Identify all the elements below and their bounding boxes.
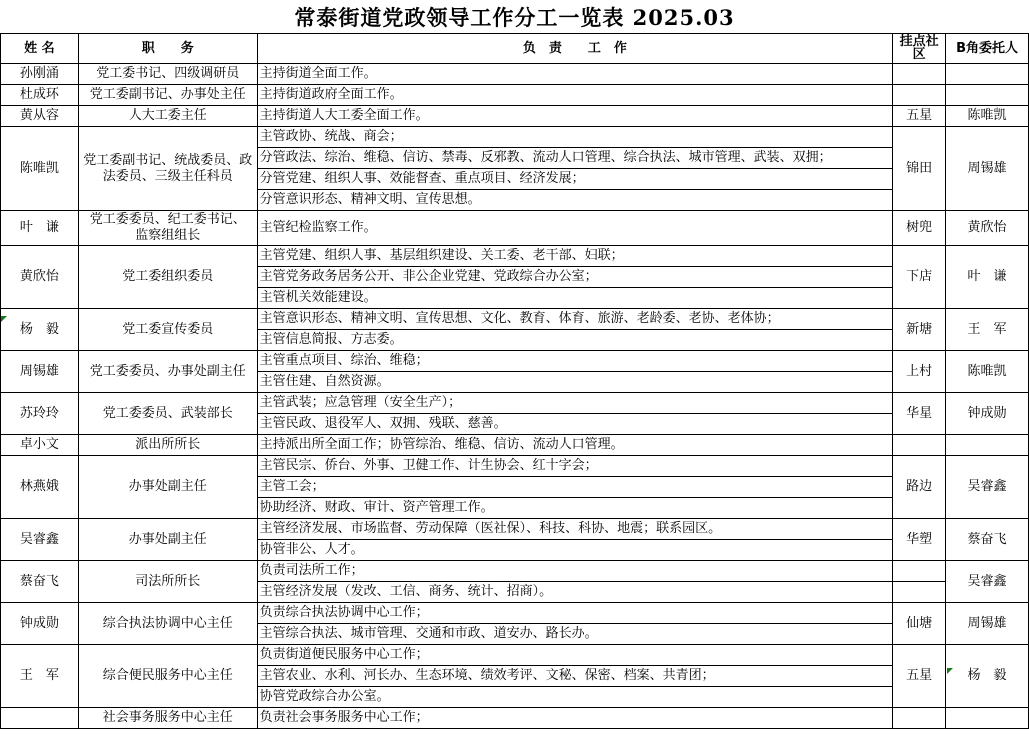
cell-b-role[interactable]: 吴睿鑫 — [946, 561, 1029, 603]
cell-community[interactable]: 下店 — [893, 246, 946, 309]
table-row: 黄欣怡 党工委组织委员 主管党建、组织人事、基层组织建设、关工委、老干部、妇联；… — [1, 246, 1029, 267]
cell-name[interactable]: 吴睿鑫 — [1, 519, 79, 561]
page-title: 常泰街道党政领导工作分工一览表 2025.03 — [0, 0, 1029, 34]
cell-b-role[interactable] — [946, 64, 1029, 85]
cell-duty[interactable]: 党工委委员、纪工委书记、监察组组长 — [78, 211, 257, 246]
cell-work[interactable]: 协管党政综合办公室。 — [257, 687, 893, 708]
cell-b-role[interactable]: 钟成勋 — [946, 393, 1029, 435]
cell-name[interactable]: 王 军 — [1, 645, 79, 708]
cell-work[interactable]: 主管机关效能建设。 — [257, 288, 893, 309]
cell-name[interactable]: 林燕娥 — [1, 456, 79, 519]
cell-work[interactable]: 负责街道便民服务中心工作； — [257, 645, 893, 666]
cell-name[interactable]: 叶 谦 — [1, 211, 79, 246]
cell-community-empty[interactable] — [893, 582, 946, 603]
table-row: 苏玲玲 党工委委员、武装部长 主管武装；应急管理（安全生产）； 华星 钟成勋 — [1, 393, 1029, 414]
cell-community[interactable]: 树兜 — [893, 211, 946, 246]
table-row: 林燕娥 办事处副主任 主管民宗、侨台、外事、卫健工作、计生协会、红十字会； 路边… — [1, 456, 1029, 477]
cell-b-role[interactable] — [946, 435, 1029, 456]
cell-name[interactable]: 孙刚涌 — [1, 64, 79, 85]
cell-name[interactable]: 杨 毅 — [1, 309, 79, 351]
cell-work[interactable]: 主持街道政府全面工作。 — [257, 85, 893, 106]
cell-b-role[interactable]: 陈唯凯 — [946, 106, 1029, 127]
cell-duty[interactable]: 派出所所长 — [78, 435, 257, 456]
cell-duty[interactable]: 综合执法协调中心主任 — [78, 603, 257, 645]
cell-community[interactable] — [893, 64, 946, 85]
cell-b-role[interactable] — [946, 85, 1029, 106]
cell-duty[interactable]: 办事处副主任 — [78, 456, 257, 519]
cell-b-role[interactable]: 周锡雄 — [946, 127, 1029, 211]
cell-work[interactable]: 分管党建、组织人事、效能督查、重点项目、经济发展； — [257, 169, 893, 190]
table-row: 陈唯凯 党工委副书记、统战委员、政法委员、三级主任科员 主管政协、统战、商会； … — [1, 127, 1029, 148]
header-work: 负 责 工 作 — [257, 34, 893, 64]
cell-duty[interactable]: 人大工委主任 — [78, 106, 257, 127]
cell-community[interactable]: 新塘 — [893, 309, 946, 351]
cell-community[interactable]: 仙塘 — [893, 603, 946, 645]
table-row: 杨 毅 党工委宣传委员 主管意识形态、精神文明、宣传思想、文化、教育、体育、旅游… — [1, 309, 1029, 330]
cell-work[interactable]: 主管纪检监察工作。 — [257, 211, 893, 246]
cell-work[interactable]: 主管政协、统战、商会； — [257, 127, 893, 148]
cell-name[interactable]: 杜成环 — [1, 85, 79, 106]
cell-duty[interactable]: 党工委委员、办事处副主任 — [78, 351, 257, 393]
table-row: 叶 谦 党工委委员、纪工委书记、监察组组长 主管纪检监察工作。 树兜 黄欣怡 — [1, 211, 1029, 246]
cell-work[interactable]: 主持街道全面工作。 — [257, 64, 893, 85]
cell-work[interactable]: 主管综合执法、城市管理、交通和市政、道安办、路长办。 — [257, 624, 893, 645]
cell-duty[interactable]: 党工委书记、四级调研员 — [78, 64, 257, 85]
cell-community[interactable]: 五星 — [893, 645, 946, 708]
cell-duty[interactable]: 党工委组织委员 — [78, 246, 257, 309]
cell-duty[interactable]: 党工委宣传委员 — [78, 309, 257, 351]
cell-duty[interactable]: 办事处副主任 — [78, 519, 257, 561]
cell-work[interactable]: 分管政法、综治、维稳、信访、禁毒、反邪教、流动人口管理、综合执法、城市管理、武装… — [257, 148, 893, 169]
cell-work[interactable]: 主管农业、水利、河长办、生态环境、绩效考评、文秘、保密、档案、共青团； — [257, 666, 893, 687]
header-name: 姓 名 — [1, 34, 79, 64]
cell-work[interactable]: 协助经济、财政、审计、资产管理工作。 — [257, 498, 893, 519]
table-row: 蔡奋飞 司法所所长 负责司法所工作； 吴睿鑫 — [1, 561, 1029, 582]
cell-b-role[interactable]: 蔡奋飞 — [946, 519, 1029, 561]
work-division-table: 姓 名 职 务 负 责 工 作 挂点社区 B角委托人 孙刚涌 党工委书记、四级调… — [0, 33, 1029, 729]
cell-work[interactable]: 主管重点项目、综治、维稳； — [257, 351, 893, 372]
cell-community[interactable]: 五星 — [893, 106, 946, 127]
cell-name[interactable]: 黄从容 — [1, 106, 79, 127]
table-row: 社会事务服务中心主任 负责社会事务服务中心工作； — [1, 708, 1029, 729]
cell-name[interactable]: 黄欣怡 — [1, 246, 79, 309]
cell-work[interactable]: 主管信息简报、方志委。 — [257, 330, 893, 351]
comment-indicator-icon[interactable] — [947, 668, 953, 674]
cell-b-role[interactable]: 杨 毅 — [946, 645, 1029, 708]
header-community: 挂点社区 — [893, 34, 946, 64]
cell-work[interactable]: 主管民宗、侨台、外事、卫健工作、计生协会、红十字会； — [257, 456, 893, 477]
cell-b-role[interactable]: 周锡雄 — [946, 603, 1029, 645]
cell-community[interactable]: 华塑 — [893, 519, 946, 561]
cell-work[interactable]: 主管工会； — [257, 477, 893, 498]
cell-work[interactable]: 主持街道人大工委全面工作。 — [257, 106, 893, 127]
header-duty: 职 务 — [78, 34, 257, 64]
cell-name[interactable]: 陈唯凯 — [1, 127, 79, 211]
table-row: 吴睿鑫 办事处副主任 主管经济发展、市场监督、劳动保障（医社保）、科技、科协、地… — [1, 519, 1029, 540]
cell-community[interactable]: 路边 — [893, 456, 946, 519]
cell-name[interactable]: 苏玲玲 — [1, 393, 79, 435]
table-row: 卓小文 派出所所长 主持派出所全面工作；协管综治、维稳、信访、流动人口管理。 — [1, 435, 1029, 456]
cell-work[interactable]: 主管经济发展（发改、工信、商务、统计、招商）。 — [257, 582, 893, 603]
cell-duty[interactable]: 党工委副书记、统战委员、政法委员、三级主任科员 — [78, 127, 257, 211]
cell-work[interactable]: 协管非公、人才。 — [257, 540, 893, 561]
table-row: 钟成勋 综合执法协调中心主任 负责综合执法协调中心工作； 仙塘 周锡雄 — [1, 603, 1029, 624]
cell-duty[interactable]: 党工委委员、武装部长 — [78, 393, 257, 435]
comment-indicator-icon[interactable] — [1, 316, 7, 322]
cell-duty[interactable]: 司法所所长 — [78, 561, 257, 603]
cell-community[interactable] — [893, 435, 946, 456]
cell-work[interactable]: 主管经济发展、市场监督、劳动保障（医社保）、科技、科协、地震；联系园区。 — [257, 519, 893, 540]
table-row: 杜成环 党工委副书记、办事处主任 主持街道政府全面工作。 — [1, 85, 1029, 106]
cell-community[interactable]: 华星 — [893, 393, 946, 435]
cell-work[interactable]: 负责司法所工作； — [257, 561, 893, 582]
cell-work[interactable]: 负责社会事务服务中心工作； — [257, 708, 893, 729]
table-row: 周锡雄 党工委委员、办事处副主任 主管重点项目、综治、维稳； 上村 陈唯凯 — [1, 351, 1029, 372]
cell-b-role[interactable]: 王 军 — [946, 309, 1029, 351]
cell-community[interactable] — [893, 708, 946, 729]
cell-duty[interactable]: 社会事务服务中心主任 — [78, 708, 257, 729]
table-row: 孙刚涌 党工委书记、四级调研员 主持街道全面工作。 — [1, 64, 1029, 85]
cell-b-role[interactable]: 叶 谦 — [946, 246, 1029, 309]
cell-work[interactable]: 主管武装；应急管理（安全生产）； — [257, 393, 893, 414]
cell-community[interactable] — [893, 85, 946, 106]
cell-b-role[interactable] — [946, 708, 1029, 729]
cell-b-role[interactable]: 黄欣怡 — [946, 211, 1029, 246]
cell-work[interactable]: 分管意识形态、精神文明、宣传思想。 — [257, 190, 893, 211]
cell-name[interactable]: 蔡奋飞 — [1, 561, 79, 603]
header-b-role: B角委托人 — [946, 34, 1029, 64]
cell-name[interactable] — [1, 708, 79, 729]
cell-work[interactable]: 负责综合执法协调中心工作； — [257, 603, 893, 624]
cell-name[interactable]: 钟成勋 — [1, 603, 79, 645]
table-row: 王 军 综合便民服务中心主任 负责街道便民服务中心工作； 五星 杨 毅 — [1, 645, 1029, 666]
cell-work[interactable]: 主持派出所全面工作；协管综治、维稳、信访、流动人口管理。 — [257, 435, 893, 456]
cell-b-role[interactable]: 吴睿鑫 — [946, 456, 1029, 519]
cell-work[interactable]: 主管住建、自然资源。 — [257, 372, 893, 393]
table-row: 黄从容 人大工委主任 主持街道人大工委全面工作。 五星 陈唯凯 — [1, 106, 1029, 127]
cell-work[interactable]: 主管民政、退役军人、双拥、残联、慈善。 — [257, 414, 893, 435]
cell-b-role[interactable]: 陈唯凯 — [946, 351, 1029, 393]
cell-name[interactable]: 卓小文 — [1, 435, 79, 456]
cell-duty[interactable]: 党工委副书记、办事处主任 — [78, 85, 257, 106]
header-row: 姓 名 职 务 负 责 工 作 挂点社区 B角委托人 — [1, 34, 1029, 64]
cell-duty[interactable]: 综合便民服务中心主任 — [78, 645, 257, 708]
cell-community[interactable]: 锦田 — [893, 127, 946, 211]
cell-work[interactable]: 主管意识形态、精神文明、宣传思想、文化、教育、体育、旅游、老龄委、老协、老体协； — [257, 309, 893, 330]
cell-community[interactable]: 上村 — [893, 351, 946, 393]
cell-community[interactable] — [893, 561, 946, 582]
cell-work[interactable]: 主管党建、组织人事、基层组织建设、关工委、老干部、妇联； — [257, 246, 893, 267]
cell-name[interactable]: 周锡雄 — [1, 351, 79, 393]
cell-work[interactable]: 主管党务政务居务公开、非公企业党建、党政综合办公室； — [257, 267, 893, 288]
